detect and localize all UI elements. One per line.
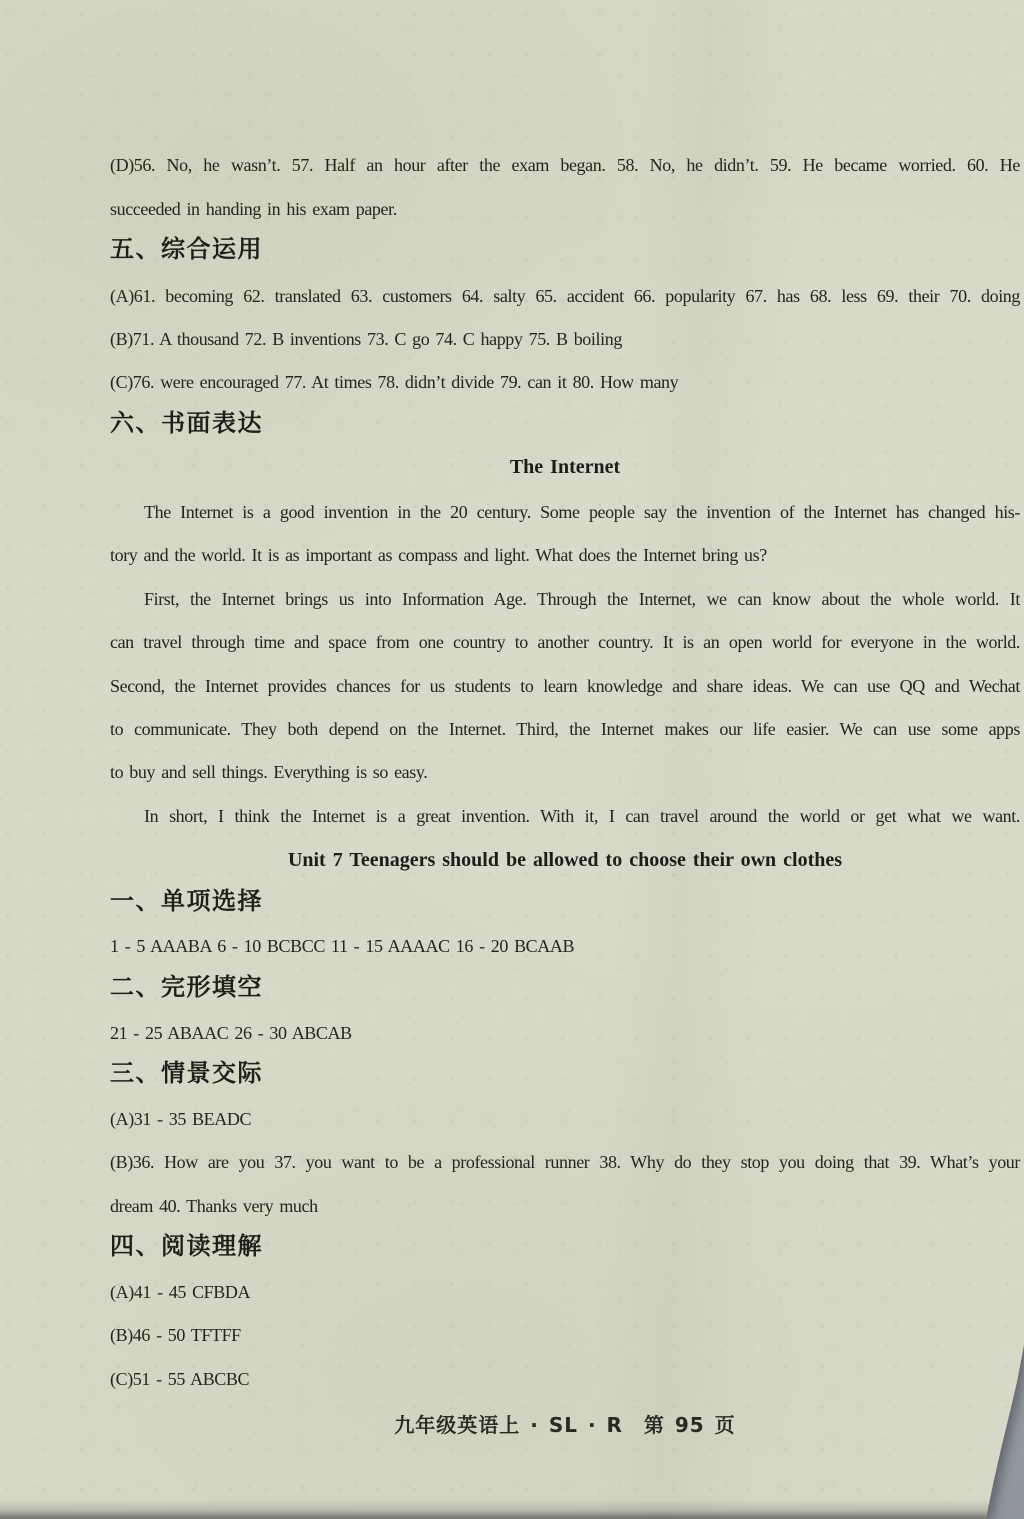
unit7-section-1-answers: 1 - 5 AAABA 6 - 10 BCBCC 11 - 15 AAAAC 1… [110, 931, 1020, 961]
essay-line-8: In short, I think the Internet is a grea… [110, 801, 1020, 831]
answers-section5-b: (B)71. A thousand 72. B inventions 73. C… [110, 324, 1020, 354]
essay-line-5: Second, the Internet provides chances fo… [110, 671, 1020, 701]
unit7-section-2-answers: 21 - 25 ABAAC 26 - 30 ABCAB [110, 1018, 1020, 1048]
unit7-section-4-a: (A)41 - 45 CFBDA [110, 1277, 1020, 1307]
answers-section5-a: (A)61. becoming 62. translated 63. custo… [110, 281, 1020, 311]
unit7-section-1-heading: 一、单项选择 [110, 886, 1020, 916]
paper-sheet: (D)56. No, he wasn’t. 57. Half an hour a… [0, 0, 1024, 1519]
answers-reading-d-line2: succeeded in handing in his exam paper. [110, 194, 1020, 224]
essay-line-7: to buy and sell things. Everything is so… [110, 757, 1020, 787]
page-bottom-shadow [0, 1499, 1024, 1519]
answers-section5-c: (C)76. were encouraged 77. At times 78. … [110, 367, 1020, 397]
page-footer: 九年级英语上 · SL · R 第 95 页 [110, 1410, 1020, 1440]
unit7-section-2-heading: 二、完形填空 [110, 972, 1020, 1002]
unit7-section-3-heading: 三、情景交际 [110, 1058, 1020, 1088]
essay-line-4: can travel through time and space from o… [110, 627, 1020, 657]
essay-line-3: First, the Internet brings us into Infor… [110, 584, 1020, 614]
essay-line-1: The Internet is a good invention in the … [110, 497, 1020, 527]
essay-line-2: tory and the world. It is as important a… [110, 540, 1020, 570]
unit7-section-4-heading: 四、阅读理解 [110, 1231, 1020, 1261]
essay-title: The Internet [110, 452, 1020, 482]
unit7-section-3-b-line1: (B)36. How are you 37. you want to be a … [110, 1147, 1020, 1177]
section-6-heading: 六、书面表达 [110, 408, 1020, 438]
unit-7-title: Unit 7 Teenagers should be allowed to ch… [110, 845, 1020, 875]
essay-line-6: to communicate. They both depend on the … [110, 714, 1020, 744]
answers-reading-d-line1: (D)56. No, he wasn’t. 57. Half an hour a… [110, 150, 1020, 180]
unit7-section-4-b: (B)46 - 50 TFTFF [110, 1320, 1020, 1350]
unit7-section-4-c: (C)51 - 55 ABCBC [110, 1364, 1020, 1394]
unit7-section-3-b-line2: dream 40. Thanks very much [110, 1191, 1020, 1221]
scanned-answer-page: (D)56. No, he wasn’t. 57. Half an hour a… [0, 0, 1024, 1519]
unit7-section-3-a: (A)31 - 35 BEADC [110, 1104, 1020, 1134]
section-5-heading: 五、综合运用 [110, 234, 1020, 264]
